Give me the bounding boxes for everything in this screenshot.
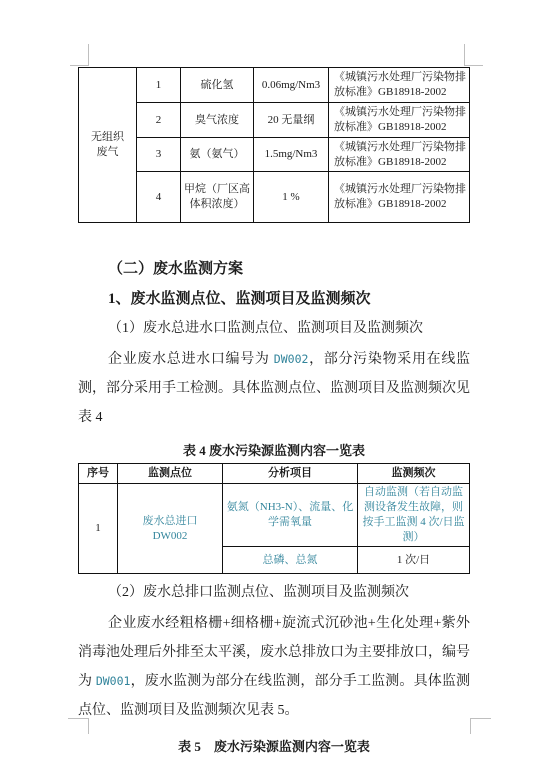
paragraph-text: 企业废水总进水口编号为 <box>108 352 274 367</box>
table-row: 2 臭气浓度 20 无量纲 《城镇污水处理厂污染物排放标准》GB18918-20… <box>79 103 470 138</box>
table5-title: 表 5 废水污染源监测内容一览表 <box>78 737 470 756</box>
monitoring-point-code: DW002 <box>121 529 219 544</box>
monitoring-frequency: 1 次/日 <box>358 547 470 574</box>
row-number: 3 <box>137 138 181 172</box>
row-number: 1 <box>79 484 118 574</box>
analysis-items: 总磷、总氮 <box>223 547 358 574</box>
paragraph-inlet-description: 企业废水总进水口编号为 DW002，部分污染物采用在线监测，部分采用手工检测。具… <box>78 345 470 432</box>
page-content: 无组织 废气 1 硫化氢 0.06mg/Nm3 《城镇污水处理厂污染物排放标准》… <box>78 67 470 756</box>
limit-value: 1.5mg/Nm3 <box>254 138 329 172</box>
pollutant-name: 氨（氨气） <box>181 138 254 172</box>
subsection-heading-monitoring-points: 1、废水监测点位、监测项目及监测频次 <box>78 288 470 310</box>
header-frequency: 监测频次 <box>358 464 470 484</box>
document-page: 无组织 废气 1 硫化氢 0.06mg/Nm3 《城镇污水处理厂污染物排放标准》… <box>0 0 552 784</box>
row-number: 4 <box>137 172 181 223</box>
table-header-row: 序号 监测点位 分析项目 监测频次 <box>79 464 470 484</box>
pollutant-name: 臭气浓度 <box>181 103 254 138</box>
section-heading-wastewater-plan: （二）废水监测方案 <box>78 258 470 280</box>
standard-reference: 《城镇污水处理厂污染物排放标准》GB18918-2002 <box>329 103 470 138</box>
pollutant-name: 甲烷（厂区高体积浓度） <box>181 172 254 223</box>
standard-reference: 《城镇污水处理厂污染物排放标准》GB18918-2002 <box>329 68 470 103</box>
margin-crop-mark-top-left <box>70 44 89 66</box>
table-row: 1 废水总进口 DW002 氨氮（NH3-N）、流量、化学需氧量 自动监测（若自… <box>79 484 470 547</box>
paragraph-text: ，废水监测为部分在线监测，部分手工监测。具体监测点位、监测项目及监测频次见表 5… <box>78 674 470 718</box>
subheading-inlet-monitoring: （1）废水总进水口监测点位、监测项目及监测频次 <box>78 318 470 340</box>
table-row: 无组织 废气 1 硫化氢 0.06mg/Nm3 《城镇污水处理厂污染物排放标准》… <box>79 68 470 103</box>
subheading-outlet-monitoring: （2）废水总排口监测点位、监测项目及监测频次 <box>78 582 470 604</box>
standard-reference: 《城镇污水处理厂污染物排放标准》GB18918-2002 <box>329 172 470 223</box>
header-point: 监测点位 <box>118 464 223 484</box>
gas-category-cell: 无组织 废气 <box>79 68 137 223</box>
limit-value: 1 % <box>254 172 329 223</box>
row-number: 1 <box>137 68 181 103</box>
outlet-code-dw001: DW001 <box>96 674 131 688</box>
gas-category-line1: 无组织 <box>82 130 133 145</box>
analysis-items: 氨氮（NH3-N）、流量、化学需氧量 <box>223 484 358 547</box>
table-row: 4 甲烷（厂区高体积浓度） 1 % 《城镇污水处理厂污染物排放标准》GB1891… <box>79 172 470 223</box>
standard-reference: 《城镇污水处理厂污染物排放标准》GB18918-2002 <box>329 138 470 172</box>
pollutant-name: 硫化氢 <box>181 68 254 103</box>
header-analysis: 分析项目 <box>223 464 358 484</box>
table4-title: 表 4 废水污染源监测内容一览表 <box>78 441 470 460</box>
table-row: 3 氨（氨气） 1.5mg/Nm3 《城镇污水处理厂污染物排放标准》GB1891… <box>79 138 470 172</box>
waste-gas-table: 无组织 废气 1 硫化氢 0.06mg/Nm3 《城镇污水处理厂污染物排放标准》… <box>78 67 470 223</box>
margin-crop-mark-top-right <box>464 44 483 66</box>
monitoring-point-cell: 废水总进口 DW002 <box>118 484 223 574</box>
outlet-code-dw002: DW002 <box>274 352 309 366</box>
limit-value: 20 无量纲 <box>254 103 329 138</box>
margin-crop-mark-bottom-right <box>470 718 491 734</box>
row-number: 2 <box>137 103 181 138</box>
monitoring-frequency: 自动监测（若自动监测设备发生故障，则按手工监测 4 次/日监测） <box>358 484 470 547</box>
monitoring-point-name: 废水总进口 <box>121 514 219 529</box>
paragraph-outlet-description: 企业废水经粗格栅+细格栅+旋流式沉砂池+生化处理+紫外消毒池处理后外排至太平溪，… <box>78 609 470 725</box>
limit-value: 0.06mg/Nm3 <box>254 68 329 103</box>
gas-category-line2: 废气 <box>82 145 133 160</box>
header-seq: 序号 <box>79 464 118 484</box>
wastewater-monitoring-table4: 序号 监测点位 分析项目 监测频次 1 废水总进口 DW002 氨氮（NH3-N… <box>78 463 470 574</box>
